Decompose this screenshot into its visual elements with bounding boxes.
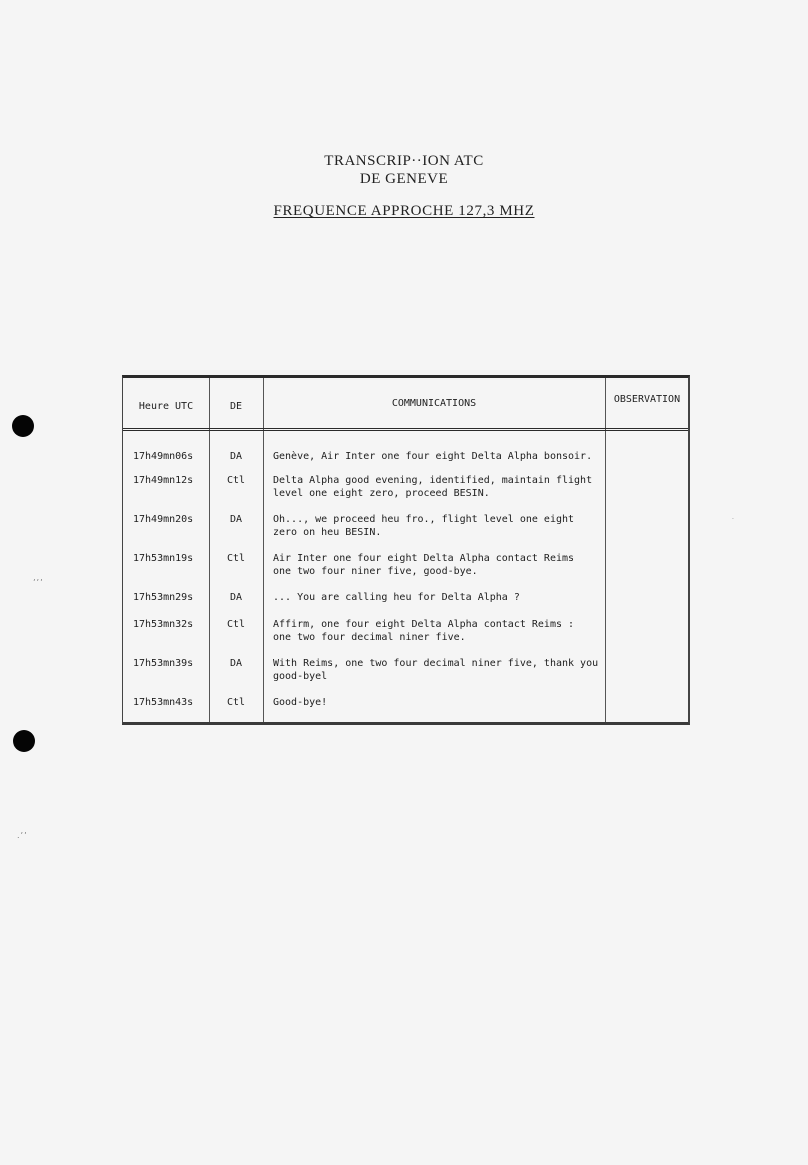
header-from: DE bbox=[209, 381, 263, 431]
cell-time: 17h53mn32s bbox=[133, 618, 209, 631]
cell-from: DA bbox=[209, 513, 263, 526]
cell-from: Ctl bbox=[209, 696, 263, 709]
cell-from: DA bbox=[209, 450, 263, 463]
cell-time: 17h49mn06s bbox=[133, 450, 209, 463]
cell-time: 17h53mn19s bbox=[133, 552, 209, 565]
cell-from: Ctl bbox=[209, 618, 263, 631]
scan-mark: ʼʼʼ bbox=[33, 578, 44, 587]
cell-communication: Good-bye! bbox=[273, 696, 605, 709]
cell-communication: ... You are calling heu for Delta Alpha … bbox=[273, 591, 605, 604]
document-page: ʼʼʼ .ʼʼ · TRANSCRIP··ION ATC DE GENEVE F… bbox=[0, 0, 808, 1165]
cell-communication: Air Inter one four eight Delta Alpha con… bbox=[273, 552, 605, 578]
cell-time: 17h49mn20s bbox=[133, 513, 209, 526]
cell-communication: Genève, Air Inter one four eight Delta A… bbox=[273, 450, 605, 463]
cell-time: 17h49mn12s bbox=[133, 474, 209, 487]
cell-time: 17h53mn43s bbox=[133, 696, 209, 709]
cell-from: Ctl bbox=[209, 474, 263, 487]
header-communications: COMMUNICATIONS bbox=[263, 378, 605, 428]
punch-hole bbox=[12, 415, 34, 437]
cell-from: Ctl bbox=[209, 552, 263, 565]
header-time: Heure UTC bbox=[123, 381, 209, 431]
document-subtitle: DE GENEVE bbox=[0, 171, 808, 188]
cell-communication: With Reims, one two four decimal niner f… bbox=[273, 657, 605, 683]
document-title: TRANSCRIP··ION ATC bbox=[0, 153, 808, 170]
transcription-table: Heure UTC DE COMMUNICATIONS OBSERVATION … bbox=[122, 375, 690, 725]
cell-time: 17h53mn29s bbox=[133, 591, 209, 604]
cell-from: DA bbox=[209, 657, 263, 670]
scan-mark: .ʼʼ bbox=[17, 831, 28, 840]
header-observation: OBSERVATION bbox=[605, 374, 689, 424]
cell-communication: Affirm, one four eight Delta Alpha conta… bbox=[273, 618, 605, 644]
frequency-heading: FREQUENCE APPROCHE 127,3 MHZ bbox=[0, 203, 808, 220]
punch-hole bbox=[13, 730, 35, 752]
cell-time: 17h53mn39s bbox=[133, 657, 209, 670]
cell-communication: Delta Alpha good evening, identified, ma… bbox=[273, 474, 605, 500]
cell-communication: Oh..., we proceed heu fro., flight level… bbox=[273, 513, 605, 539]
scan-mark: · bbox=[732, 516, 735, 523]
cell-from: DA bbox=[209, 591, 263, 604]
